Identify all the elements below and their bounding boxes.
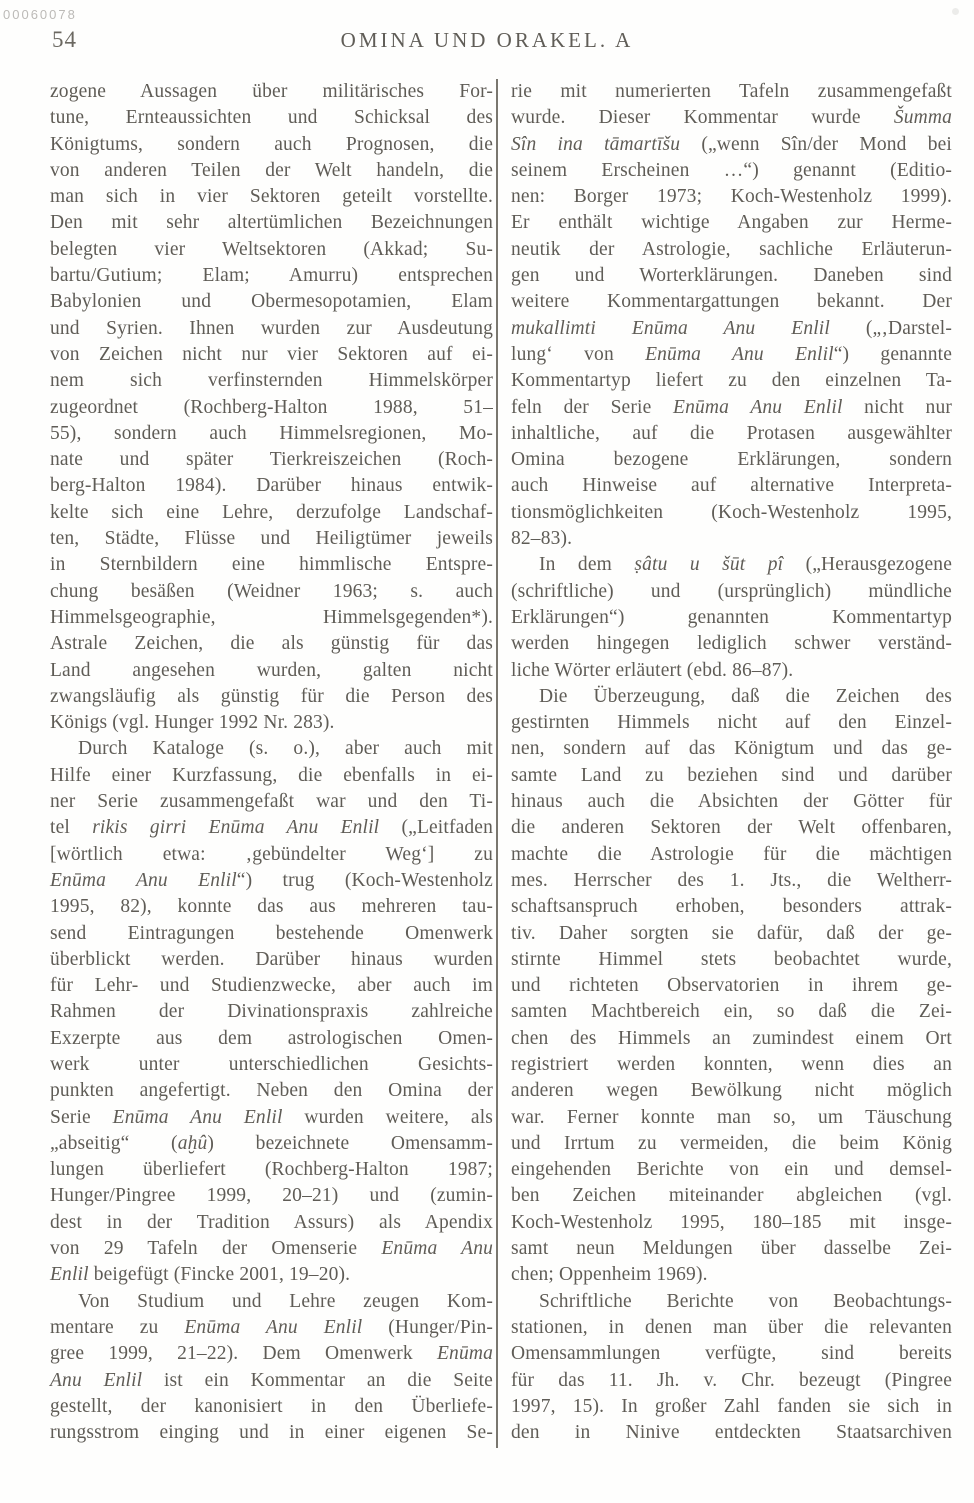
text-line: tel rikis girri Enūma Anu Enlil („Leitfa…: [50, 815, 493, 841]
text-line: inhaltliche, auf die Protasen ausgewählt…: [511, 421, 952, 447]
text-line: feln der Serie Enūma Anu Enlil nicht nur: [511, 395, 952, 421]
text-line: Von Studium und Lehre zeugen Kom-: [50, 1289, 493, 1315]
text-line: Königs (vgl. Hunger 1992 Nr. 283).: [50, 710, 493, 736]
text-line: In dem ṣâtu u šūt pî („Herausgezogene: [511, 552, 952, 578]
text-line: Erklärungen“) genannten Kommentartyp: [511, 605, 952, 631]
text-line: und Irrtum zu vermeiden, die beim König: [511, 1131, 952, 1157]
text-line: Babylonien und Obermesopotamien, Elam: [50, 289, 493, 315]
scan-artifact: [952, 8, 959, 15]
text-line: und richteten Observatorien in ihrem ge-: [511, 973, 952, 999]
text-line: gree 1999, 21–22). Dem Omenwerk Enūma: [50, 1341, 493, 1367]
text-line: eingehenden Berichte von ein und demsel-: [511, 1157, 952, 1183]
text-line: Astrale Zeichen, die als günstig für das: [50, 631, 493, 657]
text-line: dest in der Tradition Assurs) als Apendi…: [50, 1210, 493, 1236]
text-line: anderen wegen Bewölkung nicht möglich: [511, 1078, 952, 1104]
paragraph: rie mit numerierten Tafeln zusammengefaß…: [511, 79, 952, 552]
text-line: Hunger/Pingree 1999, 20–21) und (zumin-: [50, 1183, 493, 1209]
text-line: 55), sondern auch Himmelsregionen, Mo-: [50, 421, 493, 447]
text-line: samten Machtbereich ein, so daß die Zei-: [511, 999, 952, 1025]
text-line: gestellt, der kanonisiert in den Überlie…: [50, 1394, 493, 1420]
text-line: war. Ferner konnte man so, um Täuschung: [511, 1105, 952, 1131]
text-line: stationen, in denen man über die relevan…: [511, 1315, 952, 1341]
text-line: wurde. Dieser Kommentar wurde Šumma: [511, 105, 952, 131]
text-line: liche Wörter erläutert (ebd. 86–87).: [511, 658, 952, 684]
text-line: nem sich verfinsternden Himmelskörper: [50, 368, 493, 394]
text-line: stirnte Himmel stets beobachtet wurde,: [511, 947, 952, 973]
paragraph: zogene Aussagen über militärisches For-t…: [50, 79, 493, 736]
paragraph: In dem ṣâtu u šūt pî („Herausgezogene(sc…: [511, 552, 952, 683]
text-line: und Syrien. Ihnen wurden zur Ausdeutung: [50, 316, 493, 342]
text-line: Sîn ina tāmartīšu („wenn Sîn/der Mond be…: [511, 132, 952, 158]
text-line: nate und später Tierkreiszeichen (Roch-: [50, 447, 493, 473]
text-line: Himmelsgeographie, Himmelsgegenden*).: [50, 605, 493, 631]
text-line: Koch-Westenholz 1995, 180–185 mit insge-: [511, 1210, 952, 1236]
scanned-page: { "page": { "scan_number": "00060078", "…: [0, 0, 974, 1503]
text-line: registriert werden konnten, wenn dies an: [511, 1052, 952, 1078]
text-line: 1997, 15). In großer Zahl fanden sie sic…: [511, 1394, 952, 1420]
text-line: ben Zeichen miteinander abgleichen (vgl.: [511, 1183, 952, 1209]
text-line: Enūma Anu Enlil“) trug (Koch-Westenholz: [50, 868, 493, 894]
text-line: chung besäßen (Weidner 1963; s. auch: [50, 579, 493, 605]
text-line: Kommentartyp liefert zu den einzelnen Ta…: [511, 368, 952, 394]
column-divider-rule: [496, 79, 498, 1448]
page-header-title: OMINA UND ORAKEL. A: [0, 28, 974, 53]
text-line: schaftsanspruch erhoben, besonders attra…: [511, 894, 952, 920]
text-line: mentare zu Enūma Anu Enlil (Hunger/Pin-: [50, 1315, 493, 1341]
text-line: machte die Astrologie für die mächtigen: [511, 842, 952, 868]
paragraph: Die Überzeugung, daß die Zeichen desgest…: [511, 684, 952, 1289]
text-line: hinaus auch die Absichten der Götter für: [511, 789, 952, 815]
text-line: nen, sondern auf das Königtum und das ge…: [511, 736, 952, 762]
text-line: zugeordnet (Rochberg-Halton 1988, 51–: [50, 395, 493, 421]
text-line: samt neun Meldungen über dasselbe Zei-: [511, 1236, 952, 1262]
column-left: zogene Aussagen über militärisches For-t…: [50, 79, 493, 1446]
paragraph: Durch Kataloge (s. o.), aber auch mitHil…: [50, 736, 493, 1288]
text-line: Durch Kataloge (s. o.), aber auch mit: [50, 736, 493, 762]
text-line: man sich in vier Sektoren geteilt vorste…: [50, 184, 493, 210]
text-line: zogene Aussagen über militärisches For-: [50, 79, 493, 105]
scan-id-stamp: 00060078: [3, 7, 77, 22]
text-line: zwangsläufig als günstig für die Person …: [50, 684, 493, 710]
text-line: Exzerpte aus dem astrologischen Omen-: [50, 1026, 493, 1052]
text-line: den in Ninive entdeckten Staatsarchiven: [511, 1420, 952, 1446]
text-line: tionsmöglichkeiten (Koch-Westenholz 1995…: [511, 500, 952, 526]
text-line: werden hingegen lediglich schwer verstän…: [511, 631, 952, 657]
text-line: von Zeichen nicht nur vier Sektoren auf …: [50, 342, 493, 368]
text-line: belegten vier Weltsektoren (Akkad; Su-: [50, 237, 493, 263]
text-line: überblickt werden. Darüber hinaus wurden: [50, 947, 493, 973]
text-line: auch Hinweise auf alternative Interpreta…: [511, 473, 952, 499]
text-line: tiv. Daher sorgten sie dafür, daß der ge…: [511, 921, 952, 947]
text-line: von 29 Tafeln der Omenserie Enūma Anu: [50, 1236, 493, 1262]
text-line: kelte sich eine Lehre, derzufolge Landsc…: [50, 500, 493, 526]
text-line: 1995, 82), konnte das aus mehreren tau-: [50, 894, 493, 920]
text-line: werk unter unterschiedlichen Gesichts-: [50, 1052, 493, 1078]
text-line: Den mit sehr altertümlichen Bezeichnunge…: [50, 210, 493, 236]
text-line: tune, Ernteaussichten und Schicksal des: [50, 105, 493, 131]
text-line: die anderen Sektoren der Welt offenbaren…: [511, 815, 952, 841]
text-line: 82–83).: [511, 526, 952, 552]
text-line: Omina bezogene Erklärungen, sondern: [511, 447, 952, 473]
text-line: Anu Enlil ist ein Kommentar an die Seite: [50, 1368, 493, 1394]
text-line: weitere Kommentargattungen bekannt. Der: [511, 289, 952, 315]
text-line: bartu/Gutium; Elam; Amurru) entsprechen: [50, 263, 493, 289]
text-line: chen des Himmels an zumindest einem Ort: [511, 1026, 952, 1052]
paragraph: Von Studium und Lehre zeugen Kom-mentare…: [50, 1289, 493, 1447]
text-line: Enlil beigefügt (Fincke 2001, 19–20).: [50, 1262, 493, 1288]
text-line: lungen überliefert (Rochberg-Halton 1987…: [50, 1157, 493, 1183]
text-line: für Lehr- und Studienzwecke, aber auch i…: [50, 973, 493, 999]
text-line: rie mit numerierten Tafeln zusammengefaß…: [511, 79, 952, 105]
text-block: zogene Aussagen über militärisches For-t…: [50, 79, 952, 1448]
text-line: „abseitig“ (aḫû) bezeichnete Omensamm-: [50, 1131, 493, 1157]
text-line: ten, Städte, Flüsse und Heiligtümer jewe…: [50, 526, 493, 552]
text-line: nen: Borger 1973; Koch-Westenholz 1999).: [511, 184, 952, 210]
text-line: Serie Enūma Anu Enlil wurden weitere, al…: [50, 1105, 493, 1131]
text-line: gen und Worterklärungen. Daneben sind: [511, 263, 952, 289]
text-line: von anderen Teilen der Welt handeln, die: [50, 158, 493, 184]
text-line: punkten angefertigt. Neben den Omina der: [50, 1078, 493, 1104]
text-line: [wörtlich etwa: ‚gebündelter Weg‘] zu: [50, 842, 493, 868]
paragraph: Schriftliche Berichte von Beobachtungs-s…: [511, 1289, 952, 1447]
text-line: Hilfe einer Kurzfassung, die ebenfalls i…: [50, 763, 493, 789]
text-line: gestirnten Himmels nicht auf den Einzel-: [511, 710, 952, 736]
text-line: mukallimti Enūma Anu Enlil („‚Darstel-: [511, 316, 952, 342]
text-line: für das 11. Jh. v. Chr. bezeugt (Pingree: [511, 1368, 952, 1394]
text-line: neutik der Astrologie, sachliche Erläute…: [511, 237, 952, 263]
text-line: ner Serie zusammengefaßt war und den Ti-: [50, 789, 493, 815]
text-line: Er enthält wichtige Angaben zur Herme-: [511, 210, 952, 236]
text-line: lung‘ von Enūma Anu Enlil“) genannte: [511, 342, 952, 368]
text-line: Rahmen der Divinationspraxis zahlreiche: [50, 999, 493, 1025]
text-line: Omensammlungen verfügte, sind bereits: [511, 1341, 952, 1367]
text-line: rungsstrom einging und in einer eigenen …: [50, 1420, 493, 1446]
text-line: in Sternbildern eine himmlische Entspre-: [50, 552, 493, 578]
text-line: send Eintragungen bestehende Omenwerk: [50, 921, 493, 947]
text-line: seinem Erscheinen …“) genannt (Editio-: [511, 158, 952, 184]
text-line: mes. Herrscher des 1. Jts., die Weltherr…: [511, 868, 952, 894]
text-line: Schriftliche Berichte von Beobachtungs-: [511, 1289, 952, 1315]
text-line: samte Land zu beziehen sind und darüber: [511, 763, 952, 789]
text-line: Die Überzeugung, daß die Zeichen des: [511, 684, 952, 710]
text-line: (schriftliche) und (ursprünglich) mündli…: [511, 579, 952, 605]
column-right: rie mit numerierten Tafeln zusammengefaß…: [511, 79, 952, 1446]
text-line: Land angesehen wurden, galten nicht: [50, 658, 493, 684]
text-line: chen; Oppenheim 1969).: [511, 1262, 952, 1288]
text-line: Königtums, sondern auch Prognosen, die: [50, 132, 493, 158]
text-line: berg-Halton 1984). Darüber hinaus entwik…: [50, 473, 493, 499]
